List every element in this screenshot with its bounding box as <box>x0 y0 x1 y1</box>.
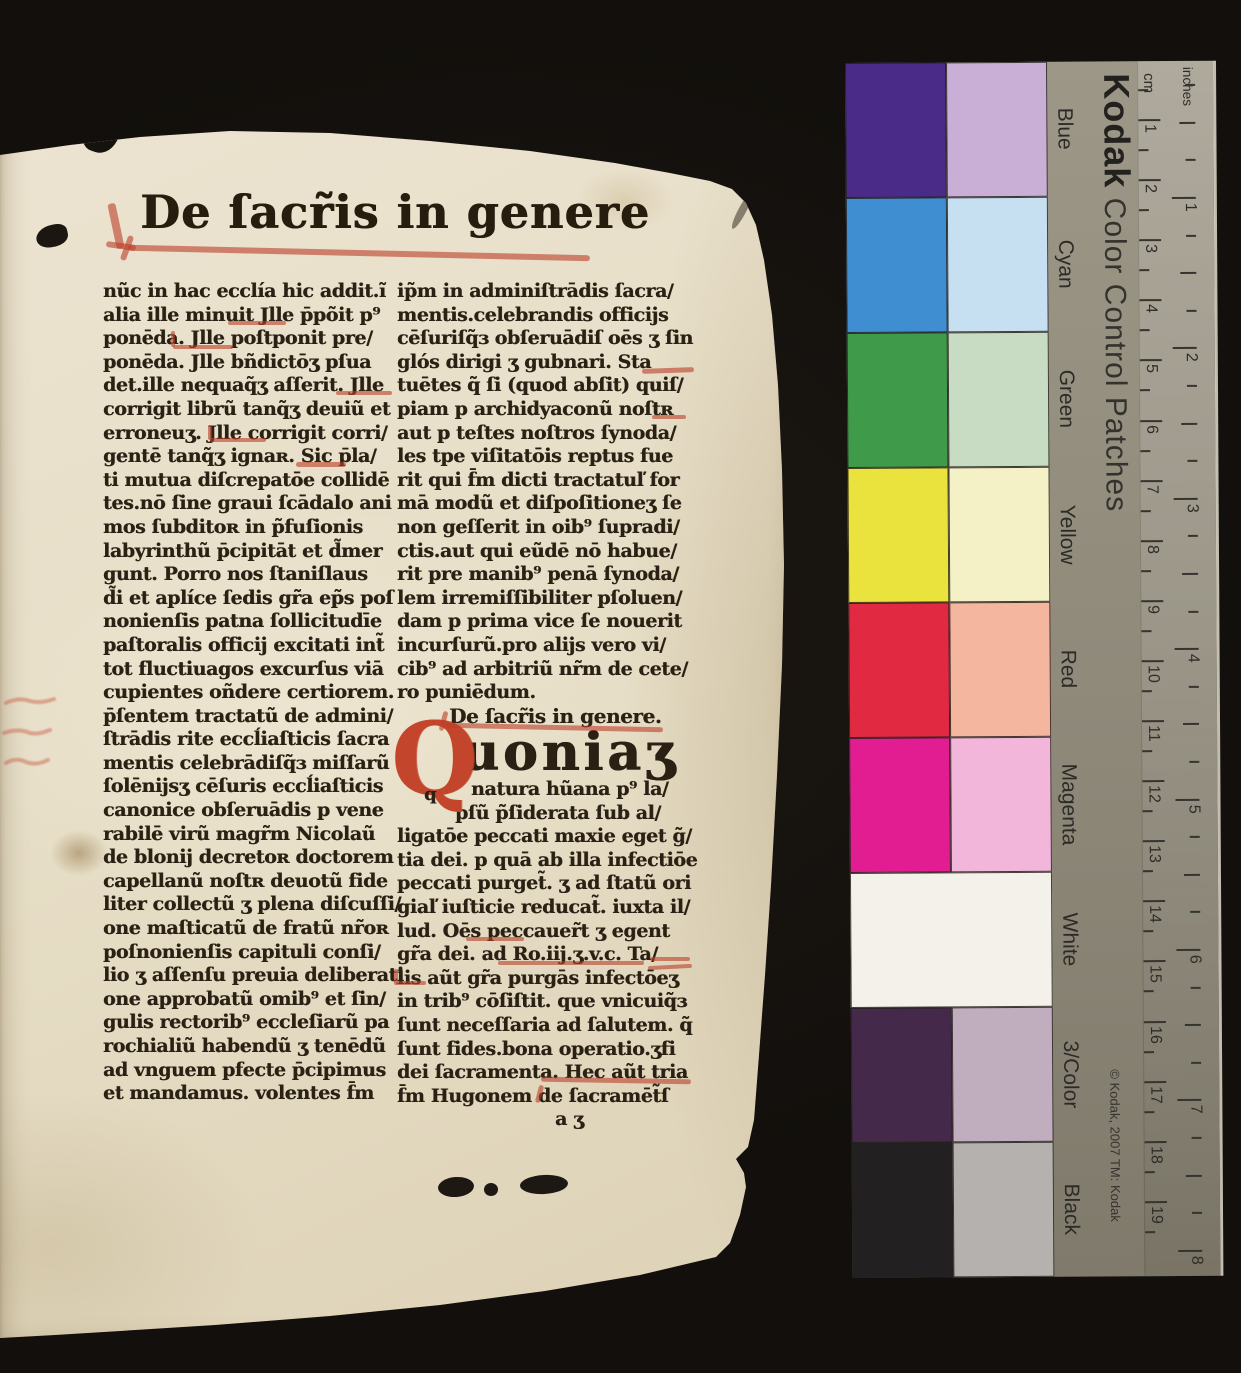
cm-tick <box>1143 960 1165 962</box>
color-patch-white-full <box>850 872 1053 1008</box>
red-rubric-stroke <box>650 957 690 961</box>
inch-tick <box>1175 798 1199 800</box>
patch-label-magenta: Magenta <box>1047 737 1090 872</box>
color-patch-green-light <box>948 332 1050 468</box>
inch-quarter-tick <box>1187 460 1197 462</box>
text-line: non geſſerit in oib⁹ ſupradi/ <box>397 516 697 540</box>
photograph-scene: { "page": { "title": "De ſacr̃is in gene… <box>0 0 1241 1373</box>
color-patch-yellow-strong <box>847 467 949 603</box>
inch-quarter-tick <box>1189 686 1199 688</box>
text-line: labyrinthũ p̄cipitāt et d̃mer <box>103 540 395 564</box>
ink-blot <box>50 830 108 876</box>
cm-half-tick <box>1143 870 1153 872</box>
text-line: mentis.celebrandis officijs <box>397 304 697 328</box>
text-line: lud. Oēs peccauer̃t ʒ egent <box>397 920 697 944</box>
inch-tick <box>1172 197 1196 199</box>
inch-tick <box>1176 949 1200 951</box>
cm-number: 7 <box>1143 485 1161 494</box>
cm-half-tick <box>1145 1171 1155 1173</box>
patch-label-black: Black <box>1050 1142 1093 1277</box>
text-line: d̃i et aplíce ſedis gr̃a ep̃s poſ <box>103 587 395 611</box>
patch-label-yellow: Yellow <box>1045 467 1088 602</box>
red-rubric-stroke <box>228 321 286 325</box>
inch-half-tick <box>1184 874 1200 876</box>
inch-tick <box>1174 498 1198 500</box>
inch-quarter-tick <box>1191 986 1201 988</box>
text-line: et mandamus. volentes f̄m <box>103 1082 395 1106</box>
cm-half-tick <box>1139 209 1149 211</box>
cm-number: 15 <box>1146 965 1164 983</box>
inch-quarter-tick <box>1190 836 1200 838</box>
patch-label-text: Magenta <box>1056 763 1080 845</box>
cm-number: 13 <box>1145 845 1163 863</box>
cm-number: 10 <box>1144 665 1162 683</box>
cm-tick <box>1141 540 1163 542</box>
red-rubric-stroke <box>210 438 266 442</box>
cm-tick <box>1144 1021 1166 1023</box>
red-rubric-stroke <box>173 345 233 349</box>
cm-number: 4 <box>1141 304 1159 313</box>
ruler: cm inches 123456789101112131415161718191… <box>1137 61 1221 1276</box>
cm-number: 1 <box>1140 124 1158 133</box>
strip-title-text: Color Control Patches <box>1098 188 1133 512</box>
color-patch-green-strong <box>847 332 949 468</box>
cm-half-tick <box>1138 89 1148 91</box>
inch-quarter-tick <box>1192 1212 1202 1214</box>
cm-half-tick <box>1143 930 1153 932</box>
color-patch-black-strong <box>852 1142 954 1278</box>
inch-tick <box>1173 347 1197 349</box>
red-rubric-stroke <box>498 961 644 965</box>
text-line: capellanũ noſtʀ deuotũ fide <box>103 870 395 894</box>
color-patch-3color-light <box>952 1007 1054 1143</box>
text-line: ad vnguem pfecte p̄cipimus <box>103 1059 395 1083</box>
inch-half-tick <box>1183 723 1199 725</box>
cm-half-tick <box>1141 510 1151 512</box>
inch-quarter-tick <box>1186 234 1196 236</box>
cm-half-tick <box>1139 269 1149 271</box>
color-patch-red-light <box>949 602 1051 738</box>
inch-number: 7 <box>1186 1105 1204 1114</box>
cm-tick <box>1141 600 1163 602</box>
color-patch-magenta-strong <box>849 737 951 873</box>
text-line: one approbatũ omib⁹ et ſin/ <box>103 988 395 1012</box>
inch-quarter-tick <box>1187 310 1197 312</box>
inch-half-tick <box>1186 1174 1202 1176</box>
red-rubric-stroke <box>208 425 212 440</box>
text-line: ponēda. Jlle bñdictōʒ pſua <box>103 351 395 375</box>
cm-tick <box>1143 840 1165 842</box>
text-line: incurſurũ.pro alijs vero vi/ <box>397 634 697 658</box>
text-line: ſtrādis rite eccĺiaſticis ſacra <box>103 728 395 752</box>
red-rubric-stroke <box>336 391 392 395</box>
patch-label-red: Red <box>1046 602 1089 737</box>
text-line: paſtoralis officij excitati int̃ <box>103 634 395 658</box>
text-line: rit pre manib⁹ penā ſynoda/ <box>397 563 697 587</box>
inch-half-tick <box>1185 1024 1201 1026</box>
inch-tick <box>1178 1250 1202 1252</box>
cm-number: 3 <box>1141 244 1159 253</box>
cm-number: 6 <box>1142 425 1160 434</box>
cm-number: 8 <box>1143 545 1161 554</box>
text-line: one maſticatũ de fratũ nr̃oʀ <box>103 917 395 941</box>
kodak-logo-text: Kodak <box>1096 73 1138 188</box>
text-line: ti mutua diſcrepatōe collidē <box>103 469 395 493</box>
patch-label-3color: 3/Color <box>1049 1007 1092 1142</box>
cm-number: 16 <box>1146 1026 1164 1044</box>
inch-half-tick <box>1181 422 1197 424</box>
inch-number: 3 <box>1183 504 1201 513</box>
text-line: ſolēnijsʒ cēſuris eccĺiaſticis <box>103 775 395 799</box>
cm-number: 11 <box>1144 725 1162 742</box>
text-line: f̄m Hugonem de ſacramēt̃ſ <box>397 1085 697 1109</box>
cm-half-tick <box>1144 1051 1154 1053</box>
cm-number: 12 <box>1144 785 1162 803</box>
cm-tick <box>1140 420 1162 422</box>
page-title: De ſacr̃is in genere <box>100 185 690 239</box>
cm-half-tick <box>1142 750 1152 752</box>
copyright-text: © Kodak, 2007 TM: Kodak <box>1107 1069 1123 1289</box>
text-line: tuētes q̃ ſi (quod abſit) quiſ/ <box>397 374 697 398</box>
inch-number: 4 <box>1184 654 1202 663</box>
inch-number: 6 <box>1185 955 1203 964</box>
cm-tick <box>1142 720 1164 722</box>
color-patch-red-strong <box>848 602 950 738</box>
color-patch-cyan-strong <box>846 197 948 333</box>
text-line: nũc in hac ecclía hic addit.ĩ <box>103 280 395 304</box>
red-rubric-stroke <box>394 969 398 985</box>
text-line: poſnonienſis capituli conſi/ <box>103 941 395 965</box>
text-line: gentē tanq̃ʒ ignaʀ. Sic p̄la/ <box>103 445 395 469</box>
text-line: natura hũana p⁹ la/ <box>471 778 697 802</box>
patch-label-blue: Blue <box>1043 62 1086 197</box>
decorated-initial-block: Q q uoniaʒ natura hũana p⁹ la/ pſũ p̃ſid… <box>397 728 697 825</box>
ink-blot <box>437 1176 474 1198</box>
text-line: rabilē virũ magr̃m Nicolaũ <box>103 823 395 847</box>
inch-number: 8 <box>1187 1256 1205 1265</box>
cm-half-tick <box>1143 810 1153 812</box>
inch-quarter-tick <box>1186 159 1196 161</box>
ink-blot <box>78 103 126 158</box>
cm-tick <box>1138 119 1160 121</box>
red-rubric-stroke <box>396 981 426 985</box>
text-line: cupientes oñdere certiorem. <box>103 681 395 705</box>
inch-tick <box>1175 648 1199 650</box>
text-line: nonienſis patna ſollicitudīe <box>103 610 395 634</box>
patch-label-text: Yellow <box>1055 504 1079 564</box>
text-line: rochialiũ habendũ ʒ tenēdũ <box>103 1035 395 1059</box>
text-line: ſunt fides.bona operatio.ʒfi <box>397 1038 697 1062</box>
text-line: lem irremiſſibiliter pſoluen/ <box>397 587 697 611</box>
color-patch-cyan-light <box>947 197 1049 333</box>
text-line: rit qui f̄m dicti tractatuľ for <box>397 469 697 493</box>
text-line: lio ʒ aſſenſu preuia deliberati <box>103 964 395 988</box>
color-patch-blue-light <box>946 62 1048 198</box>
text-line: mā modũ et diſpoſitioneʒ ſe <box>397 492 697 516</box>
text-line: canonice obſeruādis p vene <box>103 799 395 823</box>
cm-half-tick <box>1139 149 1149 151</box>
cm-number: 18 <box>1147 1146 1165 1164</box>
inch-half-tick <box>1182 573 1198 575</box>
inch-number: 1 <box>1181 203 1199 212</box>
patch-label-white: White <box>1048 872 1091 1007</box>
cm-half-tick <box>1140 329 1150 331</box>
cm-half-tick <box>1140 390 1150 392</box>
cm-tick <box>1145 1141 1167 1143</box>
text-line: p̄ſentem tractatũ de admini/ <box>103 705 395 729</box>
red-rubric-stroke <box>296 462 346 467</box>
ink-blot <box>520 1174 569 1195</box>
text-line: dam p prima vice ſe nouerit <box>397 610 697 634</box>
ink-blot <box>484 1183 498 1196</box>
cm-half-tick <box>1142 690 1152 692</box>
patch-label-text: Green <box>1054 370 1078 429</box>
text-line: ligatōe peccati maxie eget g̃/ <box>397 825 697 849</box>
inches-label: inches <box>1180 67 1195 106</box>
inch-half-tick <box>1179 122 1195 124</box>
guide-letter: q <box>424 784 436 805</box>
text-line: tes.nō ſine graui ſcādalo ani <box>103 492 395 516</box>
cm-half-tick <box>1141 570 1151 572</box>
text-line: les tpe viſitatōis reptus fue <box>397 445 697 469</box>
cm-tick <box>1141 480 1163 482</box>
cm-tick <box>1140 359 1162 361</box>
manuscript-page: De ſacr̃is in genere nũc in hac ecclía h… <box>0 85 800 1347</box>
text-line: ctis.aut qui eũdē nō habue/ <box>397 540 697 564</box>
left-text-column: nũc in hac ecclía hic addit.ĩalia ille m… <box>103 280 395 1106</box>
text-line: peccati purget̃. ʒ ad ſtatũ ori <box>397 872 697 896</box>
cm-number: 5 <box>1142 364 1160 373</box>
cm-tick <box>1142 660 1164 662</box>
text-line: liter collectũ ʒ plena diſcuſſi/ <box>103 893 395 917</box>
text-line: mentis celebrādiſq̃ɜ miſſarũ <box>103 752 395 776</box>
text-line: ponēda. Jlle poſtponit pre/ <box>103 327 395 351</box>
inch-quarter-tick <box>1190 911 1200 913</box>
text-line: gulis rectorib⁹ eccleſiarũ pa <box>103 1011 395 1035</box>
text-line: tot fluctiuagos excurſus viā <box>103 658 395 682</box>
text-line: ip̃m in adminiſtrādis ſacra/ <box>397 280 697 304</box>
kodak-color-strip: BlueCyanGreenYellowRedMagentaWhite3/Colo… <box>845 61 1223 1278</box>
text-line: lis aũt gr̃a purgās infectōeʒ <box>397 967 697 991</box>
cm-tick <box>1142 780 1164 782</box>
red-marginalia-handwriting <box>2 685 64 781</box>
patch-label-text: Cyan <box>1053 240 1077 289</box>
inch-quarter-tick <box>1185 84 1195 86</box>
color-patch-magenta-light <box>950 737 1052 873</box>
text-line: corrigit librũ tanq̃ʒ deuiũ et <box>103 398 395 422</box>
inch-tick <box>1177 1099 1201 1101</box>
inch-quarter-tick <box>1188 610 1198 612</box>
cm-half-tick <box>1144 1111 1154 1113</box>
ink-blot <box>729 191 755 230</box>
patch-label-text: Blue <box>1052 108 1076 150</box>
text-line: pſũ p̃ſiderata ſub al/ <box>455 802 697 826</box>
cm-tick <box>1143 900 1165 902</box>
inch-number: 5 <box>1185 804 1203 813</box>
red-rubric-stroke <box>652 415 686 419</box>
cm-tick <box>1144 1081 1166 1083</box>
text-line: aut p teſtes noſtros ſynoda/ <box>397 422 697 446</box>
text-line: cēſuriſq̃ɜ obſeruādiſ oēs ʒ ſin <box>397 327 697 351</box>
inch-quarter-tick <box>1192 1137 1202 1139</box>
cm-tick <box>1145 1201 1167 1203</box>
cm-number: 2 <box>1141 184 1159 193</box>
inch-quarter-tick <box>1187 385 1197 387</box>
patch-label-text: Black <box>1059 1183 1083 1235</box>
cm-half-tick <box>1145 1231 1155 1233</box>
patch-label-text: 3/Color <box>1058 1040 1082 1108</box>
cm-number: 9 <box>1143 605 1161 614</box>
cm-number: 19 <box>1147 1206 1165 1224</box>
red-rubric-stroke <box>466 937 524 941</box>
color-patch-black-light <box>953 1142 1055 1278</box>
text-line: de blonij decretoʀ doctorem <box>103 846 395 870</box>
inch-quarter-tick <box>1189 761 1199 763</box>
text-line: ſunt neceſſaria ad ſalutem. q̃ <box>397 1014 697 1038</box>
cm-half-tick <box>1141 630 1151 632</box>
cm-tick <box>1139 239 1161 241</box>
color-patch-blue-strong <box>845 62 947 198</box>
inch-half-tick <box>1180 272 1196 274</box>
incipit-word: uoniaʒ <box>461 728 697 778</box>
inch-number: 2 <box>1182 353 1200 362</box>
quire-signature: a ʒ <box>397 1108 697 1132</box>
red-rubric-stroke <box>171 331 175 347</box>
right-paragraph-1: ip̃m in adminiſtrādis ſacra/mentis.celeb… <box>397 280 697 705</box>
cm-number: 17 <box>1146 1086 1164 1104</box>
cm-tick <box>1139 299 1161 301</box>
cm-half-tick <box>1144 991 1154 993</box>
patch-label-cyan: Cyan <box>1044 197 1087 332</box>
inch-quarter-tick <box>1191 1062 1201 1064</box>
text-line: mos ſubditoʀ in p̃fuſionis <box>103 516 395 540</box>
red-rubric-stroke <box>128 245 590 261</box>
patch-label-green: Green <box>1045 332 1088 467</box>
text-line: tia dei. p quā ab illa infectiōe <box>397 849 697 873</box>
text-line: cib⁹ ad arbitriũ nr̃m de cete/ <box>397 658 697 682</box>
patch-label-text: White <box>1057 912 1081 966</box>
inch-quarter-tick <box>1188 535 1198 537</box>
text-line: in trib⁹ cōſiſtit. que vnicuiq̃ɜ <box>397 990 697 1014</box>
cm-half-tick <box>1140 450 1150 452</box>
cm-number: 14 <box>1145 905 1163 923</box>
color-patch-yellow-light <box>948 467 1050 603</box>
right-text-column: ip̃m in adminiſtrādis ſacra/mentis.celeb… <box>397 280 697 1132</box>
ink-blot <box>34 222 70 250</box>
cm-tick <box>1139 179 1161 181</box>
text-line: giaľ iuſticie reducat̃. iuxta il/ <box>397 896 697 920</box>
text-line: gunt. Porro nos ſtaniſlaus <box>103 563 395 587</box>
patch-label-text: Red <box>1056 650 1080 689</box>
color-patch-3color-strong <box>851 1007 953 1143</box>
